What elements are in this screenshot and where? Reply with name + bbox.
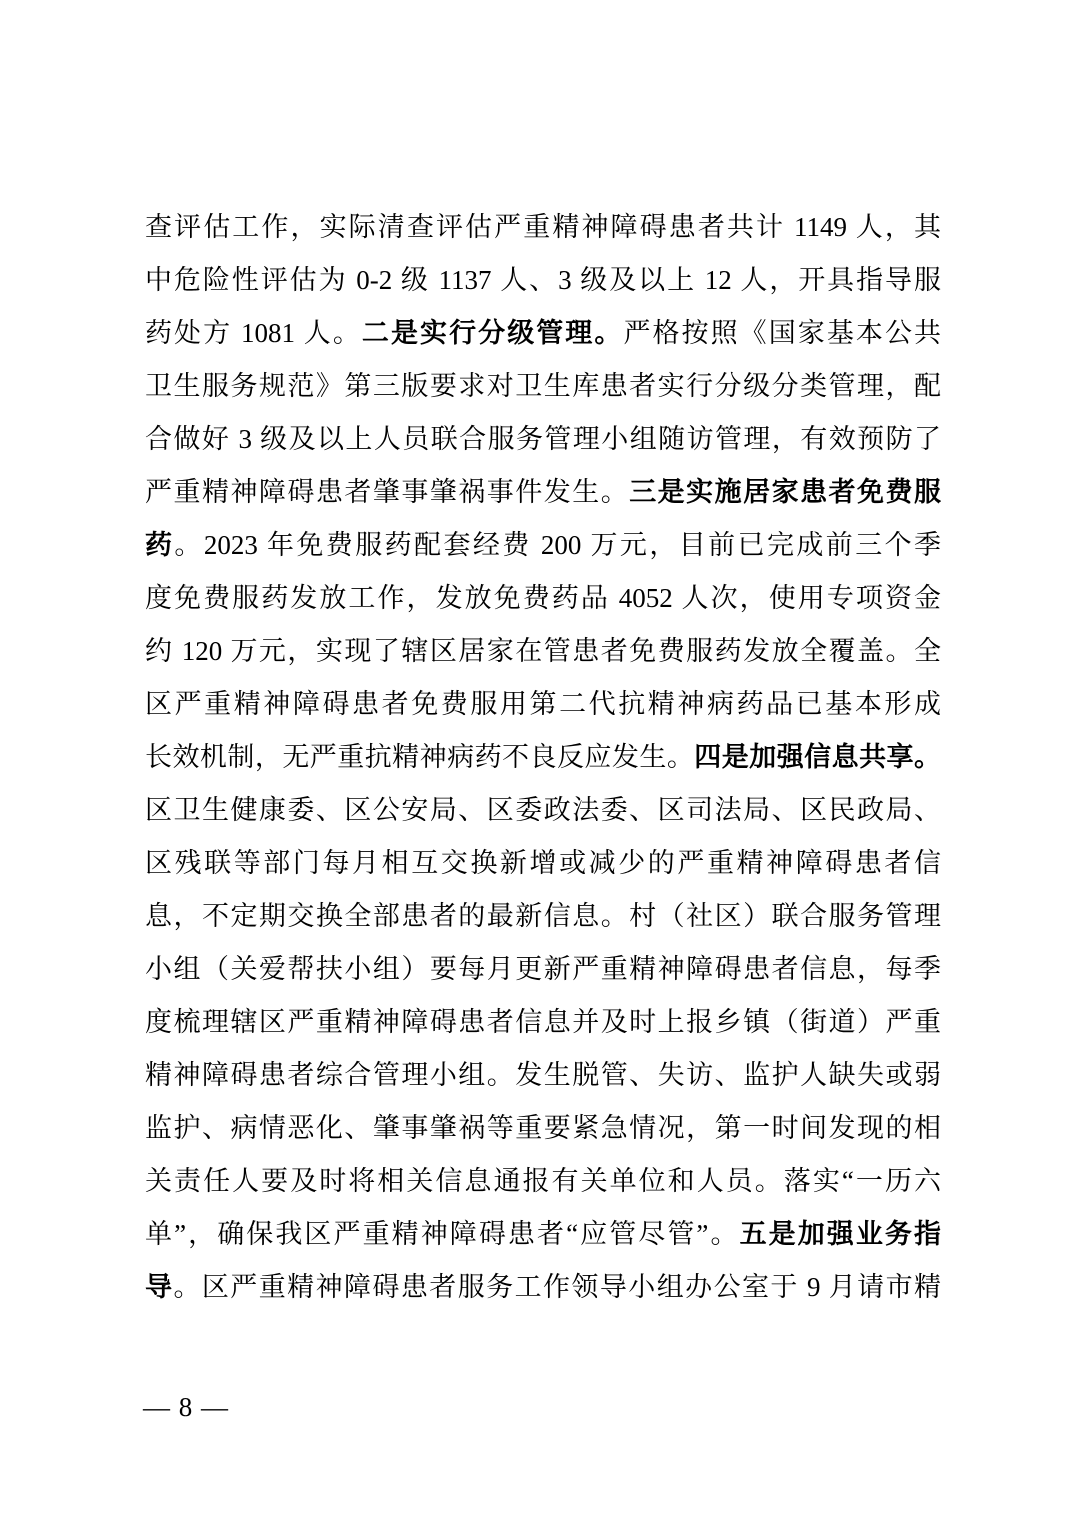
text-line: 合做好 3 级及以上人员联合服务管理小组随访管理，有效预防了 [145, 413, 941, 466]
text-line: 度免费服药发放工作，发放免费药品 4052 人次，使用专项资金 [145, 572, 941, 625]
text-segment-bold: 四是加强信息共享。 [694, 742, 941, 772]
body-text: 查评估工作，实际清查评估严重精神障碍患者共计 1149 人，其 中危险性评估为 … [145, 201, 941, 1314]
text-line: 药处方 1081 人。二是实行分级管理。严格按照《国家基本公共 [145, 307, 941, 360]
page-number: — 8 — [143, 1392, 229, 1422]
text-segment: 严重精神障碍患者肇事肇祸事件发生。 [145, 477, 629, 507]
text-segment: 卫生服务规范》第三版要求对卫生库患者实行分级分类管理，配 [145, 371, 941, 401]
text-line: 药。2023 年免费服药配套经费 200 万元，目前已完成前三个季 [145, 519, 941, 572]
text-segment: 药处方 1081 人。 [145, 318, 362, 348]
text-segment: 区残联等部门每月相互交换新增或减少的严重精神障碍患者信 [145, 848, 941, 878]
text-line: 单”，确保我区严重精神障碍患者“应管尽管”。五是加强业务指 [145, 1208, 941, 1261]
text-segment-bold: 五是加强业务指 [740, 1219, 941, 1249]
text-line: 区卫生健康委、区公安局、区委政法委、区司法局、区民政局、 [145, 784, 941, 837]
text-segment: 中危险性评估为 0-2 级 1137 人、3 级及以上 12 人，开具指导服 [145, 265, 941, 295]
text-segment: 精神障碍患者综合管理小组。发生脱管、失访、监护人缺失或弱 [145, 1060, 941, 1090]
text-line: 导。区严重精神障碍患者服务工作领导小组办公室于 9 月请市精 [145, 1261, 941, 1314]
text-segment-bold: 导 [145, 1272, 173, 1302]
text-segment: 查评估工作，实际清查评估严重精神障碍患者共计 1149 人，其 [145, 212, 941, 242]
text-segment: 监护、病情恶化、肇事肇祸等重要紧急情况，第一时间发现的相 [145, 1113, 941, 1143]
text-line: 区残联等部门每月相互交换新增或减少的严重精神障碍患者信 [145, 837, 941, 890]
text-segment: 关责任人要及时将相关信息通报有关单位和人员。落实“一历六 [145, 1166, 941, 1196]
text-segment-bold: 二是实行分级管理。 [362, 318, 624, 348]
text-segment: 严格按照《国家基本公共 [623, 318, 941, 348]
text-line: 中危险性评估为 0-2 级 1137 人、3 级及以上 12 人，开具指导服 [145, 254, 941, 307]
text-segment: 度免费服药发放工作，发放免费药品 4052 人次，使用专项资金 [145, 583, 941, 613]
text-line: 约 120 万元，实现了辖区居家在管患者免费服药发放全覆盖。全 [145, 625, 941, 678]
text-segment: 。区严重精神障碍患者服务工作领导小组办公室于 9 月请市精 [173, 1272, 941, 1302]
text-line: 查评估工作，实际清查评估严重精神障碍患者共计 1149 人，其 [145, 201, 941, 254]
text-segment: 区严重精神障碍患者免费服用第二代抗精神病药品已基本形成 [145, 689, 941, 719]
text-line: 关责任人要及时将相关信息通报有关单位和人员。落实“一历六 [145, 1155, 941, 1208]
text-line: 区严重精神障碍患者免费服用第二代抗精神病药品已基本形成 [145, 678, 941, 731]
text-segment: 。2023 年免费服药配套经费 200 万元，目前已完成前三个季 [174, 530, 941, 560]
text-line: 卫生服务规范》第三版要求对卫生库患者实行分级分类管理，配 [145, 360, 941, 413]
text-line: 小组（关爱帮扶小组）要每月更新严重精神障碍患者信息，每季 [145, 943, 941, 996]
text-line: 监护、病情恶化、肇事肇祸等重要紧急情况，第一时间发现的相 [145, 1102, 941, 1155]
text-line: 严重精神障碍患者肇事肇祸事件发生。三是实施居家患者免费服 [145, 466, 941, 519]
text-segment: 息，不定期交换全部患者的最新信息。村（社区）联合服务管理 [145, 901, 941, 931]
text-line: 精神障碍患者综合管理小组。发生脱管、失访、监护人缺失或弱 [145, 1049, 941, 1102]
text-segment-bold: 药 [145, 530, 174, 560]
text-segment: 度梳理辖区严重精神障碍患者信息并及时上报乡镇（街道）严重 [145, 1007, 941, 1037]
text-segment-bold: 三是实施居家患者免费服 [629, 477, 941, 507]
text-segment: 小组（关爱帮扶小组）要每月更新严重精神障碍患者信息，每季 [145, 954, 941, 984]
document-page: 查评估工作，实际清查评估严重精神障碍患者共计 1149 人，其 中危险性评估为 … [0, 0, 1074, 1520]
text-segment: 约 120 万元，实现了辖区居家在管患者免费服药发放全覆盖。全 [145, 636, 941, 666]
text-segment: 合做好 3 级及以上人员联合服务管理小组随访管理，有效预防了 [145, 424, 941, 454]
text-segment: 区卫生健康委、区公安局、区委政法委、区司法局、区民政局、 [145, 795, 941, 825]
text-segment: 单”，确保我区严重精神障碍患者“应管尽管”。 [145, 1219, 740, 1249]
text-line: 息，不定期交换全部患者的最新信息。村（社区）联合服务管理 [145, 890, 941, 943]
text-line: 度梳理辖区严重精神障碍患者信息并及时上报乡镇（街道）严重 [145, 996, 941, 1049]
text-segment: 长效机制，无严重抗精神病药不良反应发生。 [145, 742, 694, 772]
text-line: 长效机制，无严重抗精神病药不良反应发生。四是加强信息共享。 [145, 731, 941, 784]
